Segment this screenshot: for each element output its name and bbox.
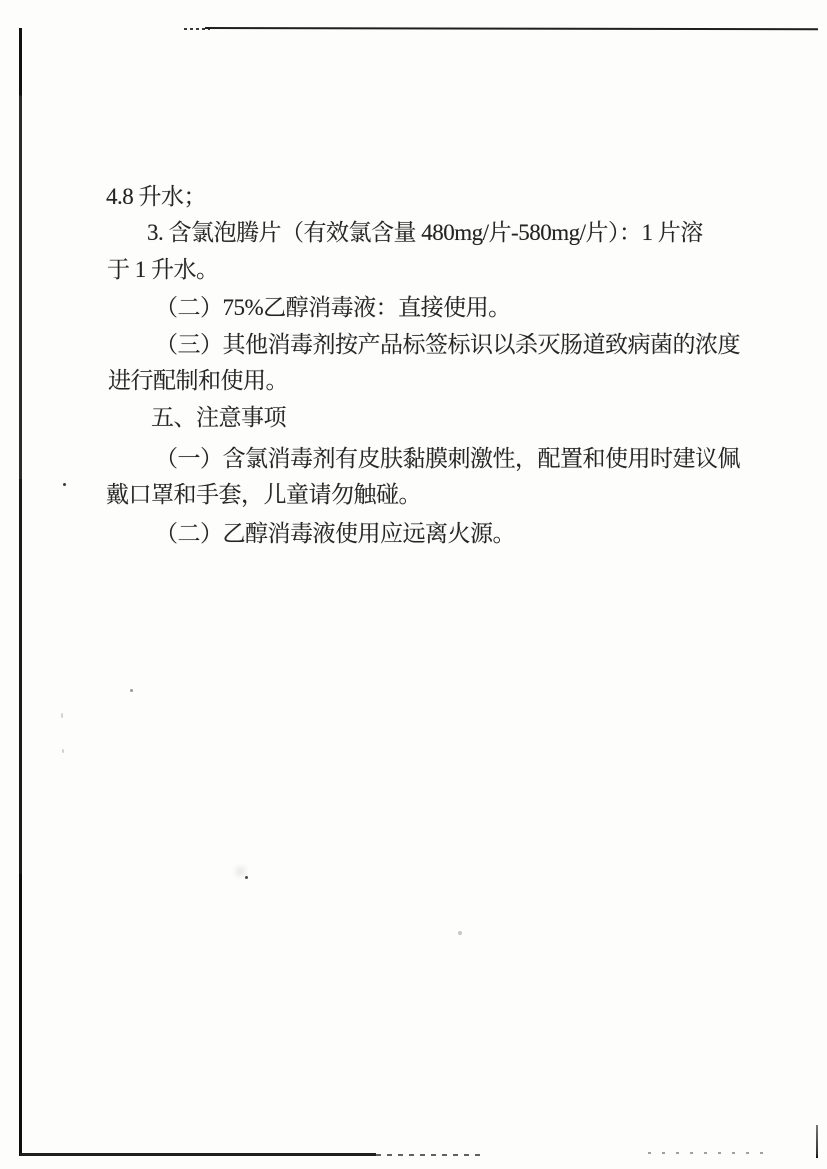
section-heading: 五、注意事项 bbox=[151, 399, 286, 432]
scan-speck bbox=[63, 483, 66, 486]
doc-text-line: （二）乙醇消毒液使用应远离火源。 bbox=[155, 515, 515, 548]
scan-left-edge-line bbox=[19, 28, 22, 1156]
scan-top-edge-line bbox=[205, 27, 818, 30]
scan-speck bbox=[458, 931, 462, 935]
scan-speck bbox=[61, 713, 63, 718]
doc-text-line: 4.8 升水； bbox=[106, 178, 206, 211]
doc-text-line: （一）含氯消毒剂有皮肤黏膜刺激性，配置和使用时建议佩 bbox=[155, 440, 740, 473]
scan-speck bbox=[130, 689, 133, 692]
doc-text-line: 3. 含氯泡腾片（有效氯含量 480mg/片-580mg/片）：1 片溶 bbox=[147, 214, 703, 247]
scanned-document-page: 4.8 升水； 3. 含氯泡腾片（有效氯含量 480mg/片-580mg/片）：… bbox=[0, 0, 827, 1169]
doc-text-line: （二）75%乙醇消毒液：直接使用。 bbox=[155, 289, 511, 322]
doc-text-line: 进行配制和使用。 bbox=[108, 362, 288, 395]
doc-text-line: 戴口罩和手套，儿童请勿触碰。 bbox=[106, 476, 421, 509]
scan-bottom-edge-dashes bbox=[376, 1154, 486, 1156]
doc-text-line: 于 1 升水。 bbox=[107, 251, 219, 284]
doc-text-line: （三）其他消毒剂按产品标签标识以杀灭肠道致病菌的浓度 bbox=[155, 326, 740, 359]
scan-speck bbox=[62, 749, 64, 753]
scan-right-tick-mark bbox=[816, 1125, 818, 1158]
scan-bottom-dots bbox=[648, 1152, 766, 1154]
scan-speck bbox=[245, 876, 248, 879]
scan-bottom-edge-line bbox=[20, 1153, 376, 1156]
